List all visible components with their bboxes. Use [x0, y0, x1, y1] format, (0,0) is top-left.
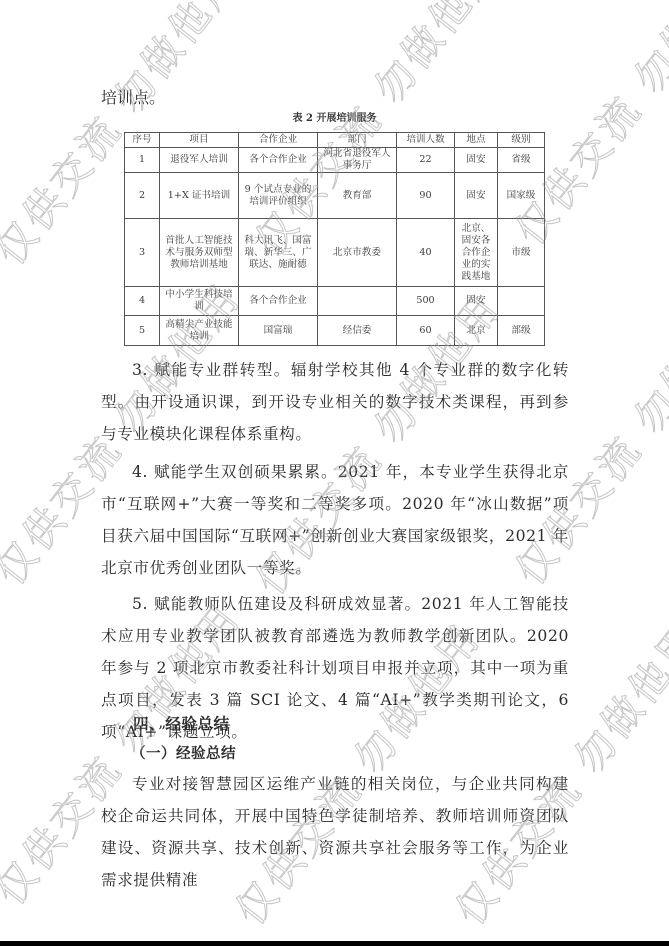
col-header-location: 地点 — [455, 133, 498, 148]
cell-partner: 国富瑞 — [239, 316, 318, 346]
col-header-index: 序号 — [125, 133, 160, 148]
cell-level: 国家级 — [498, 173, 545, 219]
col-header-trainees: 培训人数 — [397, 133, 455, 148]
cell-department: 北京市教委 — [318, 219, 397, 287]
cell-trainees: 90 — [397, 173, 455, 219]
cell-index: 2 — [125, 173, 160, 219]
cell-index: 1 — [125, 148, 160, 173]
document-page: 培训点。 表 2 开展培训服务 序号 项目 合作企业 部门 培训人数 地点 级别 — [0, 0, 669, 946]
table-header-row: 序号 项目 合作企业 部门 培训人数 地点 级别 — [125, 133, 545, 148]
cell-project: 中小学生科技培训 — [160, 287, 239, 316]
cell-location: 北京、固安各合作企业的实践基地 — [455, 219, 498, 287]
table-row: 4 中小学生科技培训 各个合作企业 500 固安 — [125, 287, 545, 316]
cell-partner: 各个合作企业 — [239, 287, 318, 316]
cell-department: 教育部 — [318, 173, 397, 219]
training-services-table: 序号 项目 合作企业 部门 培训人数 地点 级别 1 退役军人培训 各个合作企业… — [124, 132, 545, 346]
cell-partner: 科大讯飞、国富瑞、新华三、广联达、施耐德 — [239, 219, 318, 287]
table-row: 3 首批人工智能技术与服务双师型教师培训基地 科大讯飞、国富瑞、新华三、广联达、… — [125, 219, 545, 287]
cell-location: 固安 — [455, 148, 498, 173]
table-row: 2 1+X 证书培训 9 个试点专业的培训评价组织 教育部 90 固安 国家级 — [125, 173, 545, 219]
cell-index: 3 — [125, 219, 160, 287]
subsection-heading: （一）经验总结 — [131, 742, 236, 763]
cell-index: 4 — [125, 287, 160, 316]
lead-line: 培训点。 — [101, 85, 165, 108]
cell-project: 退役军人培训 — [160, 148, 239, 173]
col-header-project: 项目 — [160, 133, 239, 148]
table-row: 5 高精尖产业技能培训 国富瑞 经信委 60 北京 部级 — [125, 316, 545, 346]
cell-partner: 各个合作企业 — [239, 148, 318, 173]
cell-level: 部级 — [498, 316, 545, 346]
cell-trainees: 60 — [397, 316, 455, 346]
cell-department: 河北省退役军人事务厅 — [318, 148, 397, 173]
cell-project: 1+X 证书培训 — [160, 173, 239, 219]
cell-index: 5 — [125, 316, 160, 346]
cell-department: 经信委 — [318, 316, 397, 346]
cell-location: 固安 — [455, 287, 498, 316]
paragraph-major-group-transformation: 3. 赋能专业群转型。辐射学校其他 4 个专业群的数字化转型。由开设通识课，到开… — [101, 354, 569, 450]
table-caption: 表 2 开展培训服务 — [0, 109, 669, 124]
cell-partner: 9 个试点专业的培训评价组织 — [239, 173, 318, 219]
cell-trainees: 40 — [397, 219, 455, 287]
cell-level — [498, 287, 545, 316]
col-header-department: 部门 — [318, 133, 397, 148]
cell-level: 市级 — [498, 219, 545, 287]
paragraph-student-innovation: 4. 赋能学生双创硕果累累。2021 年，本专业学生获得北京市“互联网+”大赛一… — [101, 456, 569, 584]
cell-location: 北京 — [455, 316, 498, 346]
cell-trainees: 22 — [397, 148, 455, 173]
col-header-level: 级别 — [498, 133, 545, 148]
cell-location: 固安 — [455, 173, 498, 219]
cell-trainees: 500 — [397, 287, 455, 316]
page-bottom-border — [0, 941, 669, 946]
cell-project: 高精尖产业技能培训 — [160, 316, 239, 346]
cell-project: 首批人工智能技术与服务双师型教师培训基地 — [160, 219, 239, 287]
paragraph-experience-summary: 专业对接智慧园区运维产业链的相关岗位，与企业共同构建校企命运共同体，开展中国特色… — [101, 768, 569, 896]
cell-level: 省级 — [498, 148, 545, 173]
col-header-partner: 合作企业 — [239, 133, 318, 148]
cell-department — [318, 287, 397, 316]
table-row: 1 退役军人培训 各个合作企业 河北省退役军人事务厅 22 固安 省级 — [125, 148, 545, 173]
section-heading: 四、经验总结 — [133, 712, 230, 734]
